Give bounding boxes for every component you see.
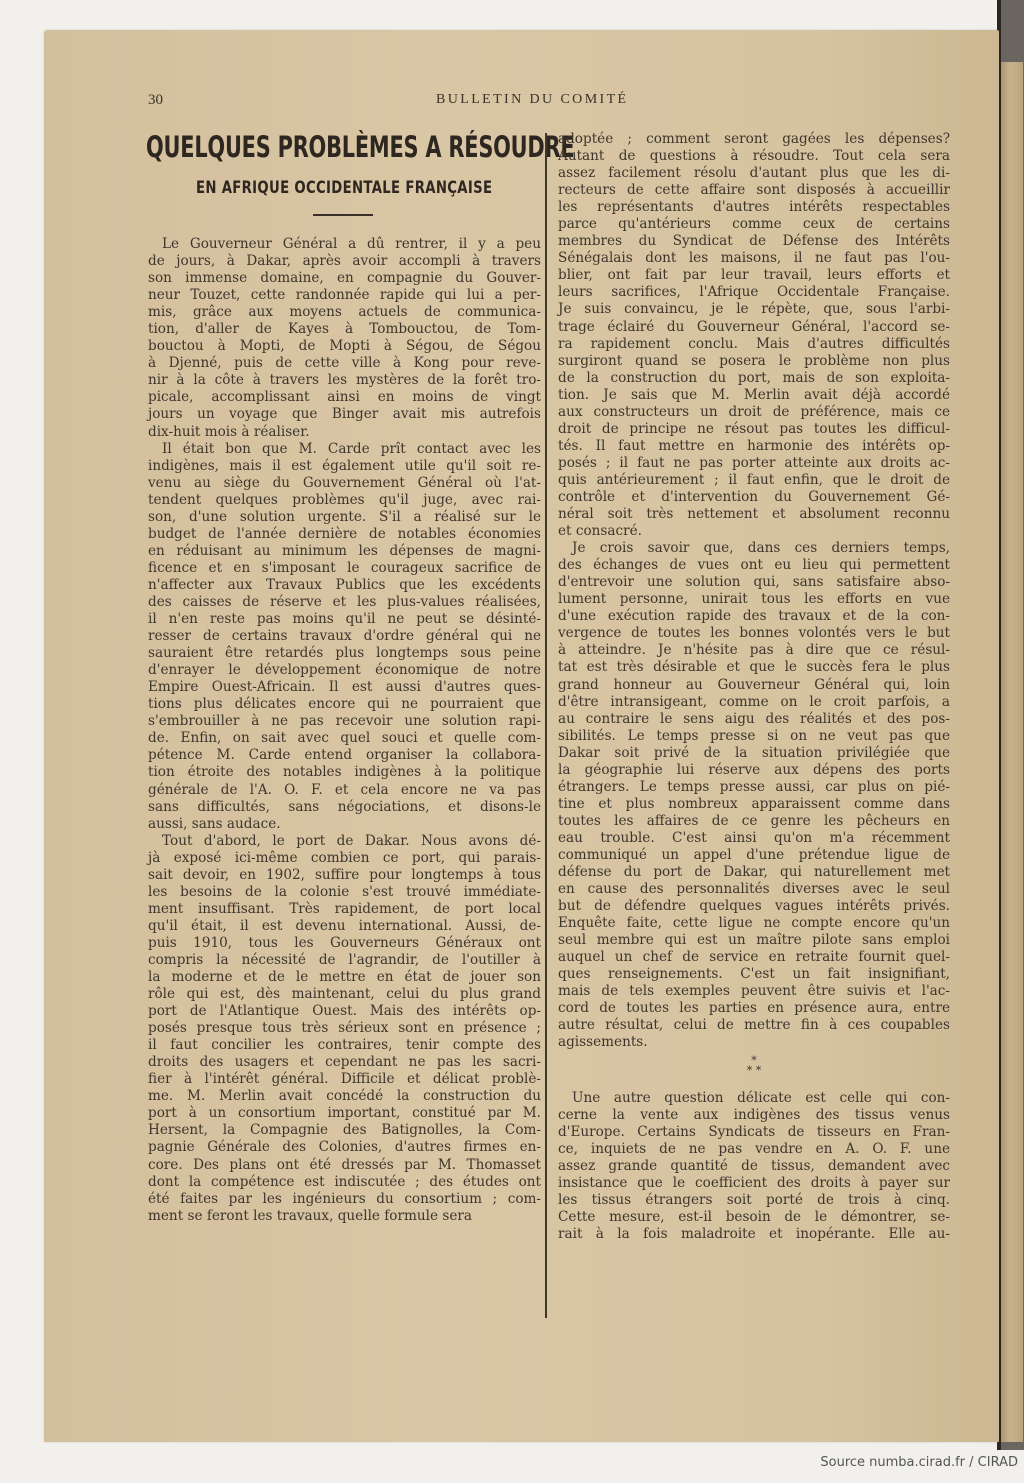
text-line: aussi, sans audace. [148,816,541,833]
text-line: dont la compétence est indiscutée ; des … [148,1174,541,1191]
text-line: Autant de questions à résoudre. Tout cel… [558,148,950,165]
text-line: défense du port de Dakar, qui naturellem… [558,864,950,881]
text-line: néral soit très nettement et absolument … [558,506,950,523]
text-line: assez grande quantité de tissus, demande… [558,1158,950,1175]
text-line: posés presque tous très sérieux sont en … [148,1020,541,1037]
text-line: ment se feront les travaux, quelle formu… [148,1208,541,1225]
text-line: d'une exécution rapide des travaux et de… [558,608,950,625]
text-line: mais de tels exemples peuvent être suivi… [558,983,950,1000]
text-line: les tissus étrangers soit porté de trois… [558,1192,950,1209]
text-line: contrôle et d'intervention du Gouverneme… [558,489,950,506]
text-line: port à un consortium important, constitu… [148,1105,541,1122]
text-line: générale de l'A. O. F. et cela encore ne… [148,782,541,799]
text-line: auquel un chef de service en retraite fo… [558,949,950,966]
text-line: dix-huit mois à réaliser. [148,424,541,441]
text-line: ques renseignements. C'est un fait insig… [558,966,950,983]
running-head: 30 BULLETIN DU COMITÉ [148,92,948,112]
next-page-edge [1001,62,1023,1442]
text-line: toutes les affaires de ce genre les pêch… [558,813,950,830]
text-line: en réduisant au minimum les dépenses de … [148,543,541,560]
text-line: à Djenné, puis de cette ville à Kong pou… [148,355,541,372]
text-line: communiqué un appel d'une prétendue ligu… [558,847,950,864]
text-line: ment insuffisant. Très rapidement, de po… [148,901,541,918]
text-line: leurs sacrifices, l'Afrique Occidentale … [558,284,950,301]
text-line: compris la nécessité de l'agrandir, de l… [148,952,541,969]
text-line: resser de certains travaux d'ordre génér… [148,628,541,645]
text-line: but de défendre quelques vagues intérêts… [558,898,950,915]
text-line: pagnie Générale des Colonies, d'autres f… [148,1139,541,1156]
text-line: eau trouble. C'est ainsi qu'on m'a récem… [558,830,950,847]
text-line: Sénégalais dont les maisons, il ne faut … [558,250,950,267]
text-line: rait à la fois maladroite et inopérante.… [558,1226,950,1243]
text-line: surgiront quand se posera le problème no… [558,353,950,370]
text-line: droits des usagers et cependant ne pas l… [148,1054,541,1071]
text-line: Tout d'abord, le port de Dakar. Nous avo… [148,833,541,850]
text-line: assez facilement résolu d'autant plus qu… [558,165,950,182]
text-line: tions plus délicates encore qui ne pourr… [148,696,541,713]
text-line: tat est très désirable et que le succès … [558,659,950,676]
right-column: adoptée ; comment seront gagées les dépe… [558,131,950,1243]
text-line: tine et plus nombreux apparaissent comme… [558,796,950,813]
text-line: il faut concilier les contraires, tenir … [148,1037,541,1054]
text-line: de. Enfin, on sait avec quel souci et qu… [148,730,541,747]
text-line: des caisses de réserve et les plus-value… [148,594,541,611]
text-line: bouctou à Mopti, de Mopti à Ségou, de Sé… [148,338,541,355]
column-divider [545,133,547,1318]
text-line: venu au siège du Gouvernement Général où… [148,475,541,492]
text-line: puis 1910, tous les Gouverneurs Généraux… [148,935,541,952]
article-title: QUELQUES PROBLÈMES A RÉSOUDRE [146,130,433,164]
text-line: sait devoir, en 1902, suffire pour longt… [148,867,541,884]
text-line: membres du Syndicat de Défense des Intér… [558,233,950,250]
text-line: Empire Ouest-Africain. Il est aussi d'au… [148,679,541,696]
text-line: tendent quelques problèmes qu'il juge, a… [148,492,541,509]
title-rule [313,214,373,216]
text-line: posés ; il faut ne pas porter atteinte a… [558,455,950,472]
text-line: à atteindre. Je n'hésite pas à dire que … [558,642,950,659]
text-line: cord de toutes les parties en présence a… [558,1000,950,1017]
text-line: recteurs de cette affaire sont disposés … [558,182,950,199]
section-break-asterism: ** * [558,1052,950,1090]
text-line: seul membre qui est un maître pilote san… [558,932,950,949]
text-line: Dakar soit privé de la situation privilé… [558,745,950,762]
text-line: quis antérieurement ; il faut enfin, que… [558,472,950,489]
text-line: les représentants d'autres intérêts resp… [558,199,950,216]
text-line: neur Touzet, cette randonnée rapide qui … [148,287,541,304]
text-line: et consacré. [558,523,950,540]
text-line: picale, accomplissant ainsi en moins de … [148,389,541,406]
text-line: des échanges de vues ont eu lieu qui per… [558,557,950,574]
text-line: son immense domaine, en compagnie du Gou… [148,270,541,287]
text-line: n'affecter aux Travaux Publics que les e… [148,577,541,594]
text-line: les besoins de la colonie s'est trouvé i… [148,884,541,901]
text-line: sibilités. Le temps presse si on ne veut… [558,728,950,745]
text-line: cerne la vente aux indigènes des tissus … [558,1107,950,1124]
article-subtitle: EN AFRIQUE OCCIDENTALE FRANÇAISE [196,178,492,198]
text-line: Enquête faite, cette ligue ne compte enc… [558,915,950,932]
journal-title: BULLETIN DU COMITÉ [436,92,629,108]
text-line: parce qu'antérieurs comme ceux de certai… [558,216,950,233]
text-line: agissements. [558,1034,950,1051]
text-line: d'être intransigeant, comme on le croit … [558,694,950,711]
text-line: au contraire le sens aigu des réalités e… [558,711,950,728]
text-line: tion. Je sais que M. Merlin avait déjà a… [558,387,950,404]
text-line: mis, grâce aux moyens actuels de communi… [148,304,541,321]
text-line: blier, ont fait par leur travail, leurs … [558,267,950,284]
text-line: core. Des plans ont été dressés par M. T… [148,1157,541,1174]
text-line: aux constructeurs un droit de préférence… [558,404,950,421]
text-line: Il était bon que M. Carde prît contact a… [148,441,541,458]
text-line: lument personne, unirait tous les effort… [558,591,950,608]
text-line: grand honneur au Gouverneur Général qui,… [558,677,950,694]
text-line: étrangers. Le temps presse aussi, car pl… [558,779,950,796]
text-line: jà exposé ici-même combien ce port, qui … [148,850,541,867]
text-line: ra rapidement conclu. Mais d'autres diff… [558,336,950,353]
text-line: qu'il était, il est devenu international… [148,918,541,935]
text-line: tion étroite des notables indigènes à la… [148,764,541,781]
text-line: trage éclairé du Gouverneur Général, l'a… [558,319,950,336]
text-line: été faites par les ingénieurs du consort… [148,1191,541,1208]
text-line: Une autre question délicate est celle qu… [558,1090,950,1107]
text-line: budget de l'année dernière de notables é… [148,526,541,543]
text-line: nir à la côte à travers les mystères de … [148,372,541,389]
text-line: Je suis convaincu, je le répète, que, so… [558,301,950,318]
text-line: Hersent, la Compagnie des Batignolles, l… [148,1122,541,1139]
text-line: sans difficultés, sans négociations, et … [148,799,541,816]
text-line: rôle qui est, dès maintenant, celui du p… [148,986,541,1003]
text-line: Je crois savoir que, dans ces derniers t… [558,540,950,557]
text-line: fier à l'intérêt général. Difficile et d… [148,1071,541,1088]
text-line: la géographie lui réserve aux dépens des… [558,762,950,779]
asterism-bottom: * * [558,1066,950,1076]
text-line: la moderne et de le mettre en état de jo… [148,969,541,986]
text-line: Le Gouverneur Général a dû rentrer, il y… [148,236,541,253]
left-column: Le Gouverneur Général a dû rentrer, il y… [148,236,541,1225]
page-number: 30 [148,92,163,109]
text-line: tion, d'aller de Kayes à Tombouctou, de … [148,321,541,338]
text-line: ce, inquiets de ne pas vendre en A. O. F… [558,1141,950,1158]
text-line: de jours, à Dakar, après avoir accompli … [148,253,541,270]
text-line: jours un voyage que Binger avait mis aut… [148,406,541,423]
text-line: s'embrouiller à ne pas recevoir une solu… [148,713,541,730]
text-line: port de l'Atlantique Ouest. Mais des int… [148,1003,541,1020]
text-line: Cette mesure, est-il besoin de le démont… [558,1209,950,1226]
text-line: indigènes, mais il est également utile q… [148,458,541,475]
text-line: tés. Il faut mettre en harmonie des inté… [558,438,950,455]
source-credit: Source numba.cirad.fr / CIRAD [820,1455,1018,1470]
text-line: droit de principe ne résout pas toutes l… [558,421,950,438]
text-line: d'Europe. Certains Syndicats de tisseurs… [558,1124,950,1141]
text-line: de la construction du port, mais de son … [558,370,950,387]
text-line: pétence M. Carde entend organiser la col… [148,747,541,764]
text-line: il n'en reste pas moins qu'il ne peut se… [148,611,541,628]
text-line: en cause des personnalités diverses avec… [558,881,950,898]
text-line: insistance que le coefficient des droits… [558,1175,950,1192]
text-line: autre résultat, celui de mettre fin à ce… [558,1017,950,1034]
text-line: sauraient être retardés plus longtemps s… [148,645,541,662]
text-line: son, d'une solution urgente. S'il a réal… [148,509,541,526]
text-line: d'entrevoir une solution qui, sans satis… [558,574,950,591]
text-line: ficence et en s'imposant le courageux sa… [148,560,541,577]
text-line: d'enrayer le développement économique de… [148,662,541,679]
text-line: adoptée ; comment seront gagées les dépe… [558,131,950,148]
text-line: vergence de toutes les bonnes volontés v… [558,625,950,642]
text-line: me. M. Merlin avait concédé la construct… [148,1088,541,1105]
